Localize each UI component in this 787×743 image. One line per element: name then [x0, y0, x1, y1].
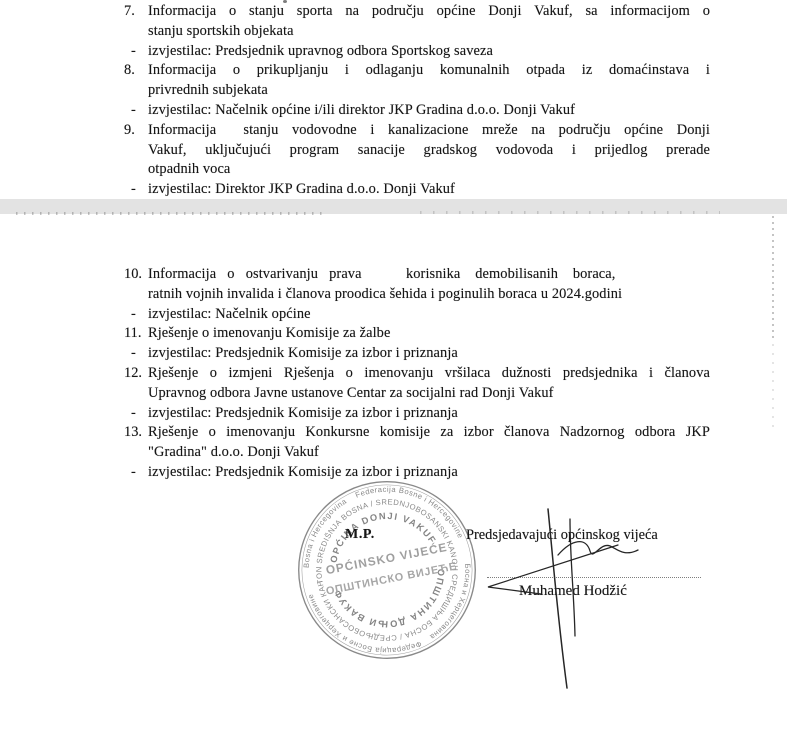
text-line: Upravnog odbora Javne ustanove Centar za…: [148, 384, 710, 404]
reporter-row: -izvjestilac: Predsjednik Komisije za iz…: [124, 404, 724, 424]
scanned-document-page: 7.Informacija o stanju sporta na područj…: [0, 0, 787, 743]
agenda-item-row: 12.Rješenje o izmjeni Rješenja o imenova…: [124, 364, 724, 404]
mp-seal-mark: M.P.: [345, 527, 375, 543]
text-line: stanju sportskih objekata: [148, 22, 710, 42]
item-marker: 7.: [124, 2, 148, 42]
item-marker: 8.: [124, 61, 148, 101]
item-text: izvjestilac: Predsjednik Komisije za izb…: [148, 344, 710, 364]
text-line: izvjestilac: Načelnik općine: [148, 305, 710, 325]
text-line: otpadnih voca: [148, 160, 710, 180]
text-line: izvjestilac: Predsjednik Komisije za izb…: [148, 404, 710, 424]
item-marker: -: [124, 404, 148, 424]
item-text: izvjestilac: Načelnik općine i/ili direk…: [148, 101, 710, 121]
text-line: Rješenje o imenovanju Komisije za žalbe: [148, 324, 710, 344]
item-marker: -: [124, 101, 148, 121]
item-text: izvjestilac: Predsjednik upravnog odbora…: [148, 42, 710, 62]
item-text: Rješenje o imenovanju Komisije za žalbe: [148, 324, 710, 344]
text-line: izvjestilac: Načelnik općine i/ili direk…: [148, 101, 710, 121]
item-marker: 10.: [124, 265, 148, 305]
item-marker: 11.: [124, 324, 148, 344]
reporter-row: -izvjestilac: Direktor JKP Gradina d.o.o…: [124, 180, 724, 200]
item-marker: -: [124, 463, 148, 483]
scan-edge-noise: [772, 216, 774, 338]
scan-noise-speckles: [420, 211, 720, 214]
scan-edge-noise: [772, 344, 774, 434]
signature-flourish: [488, 545, 618, 594]
text-line: Rješenje o imenovanju Konkursne komisije…: [148, 423, 710, 443]
item-marker: 12.: [124, 364, 148, 404]
item-text: Informacija stanju vodovodne i kanalizac…: [148, 121, 710, 180]
signature-stroke: [548, 509, 567, 688]
item-text: izvjestilac: Predsjednik Komisije za izb…: [148, 404, 710, 424]
agenda-item-row: 11.Rješenje o imenovanju Komisije za žal…: [124, 324, 724, 344]
text-line: izvjestilac: Predsjednik upravnog odbora…: [148, 42, 710, 62]
text-line: Rješenje o izmjeni Rješenja o imenovanju…: [148, 364, 710, 384]
item-text: Informacija o prikupljanju i odlaganju k…: [148, 61, 710, 101]
agenda-items-page1: 7.Informacija o stanju sporta na područj…: [124, 2, 724, 200]
item-marker: 9.: [124, 121, 148, 180]
item-text: izvjestilac: Direktor JKP Gradina d.o.o.…: [148, 180, 710, 200]
reporter-row: -izvjestilac: Načelnik općine i/ili dire…: [124, 101, 724, 121]
item-text: Informacija o ostvarivanju prava korisni…: [148, 265, 710, 305]
reporter-row: -izvjestilac: Predsjednik upravnog odbor…: [124, 42, 724, 62]
agenda-item-row: 8.Informacija o prikupljanju i odlaganju…: [124, 61, 724, 101]
text-line: izvjestilac: Predsjednik Komisije za izb…: [148, 344, 710, 364]
agenda-items-page2: 10.Informacija o ostvarivanju prava kori…: [124, 265, 724, 483]
reporter-row: -izvjestilac: Načelnik općine: [124, 305, 724, 325]
text-line: privrednih subjekata: [148, 81, 710, 101]
text-line: "Gradina" d.o.o. Donji Vakuf: [148, 443, 710, 463]
text-line: Informacija stanju vodovodne i kanalizac…: [148, 121, 710, 141]
item-text: izvjestilac: Načelnik općine: [148, 305, 710, 325]
text-line: ratnih vojnih invalida i članova proodic…: [148, 285, 710, 305]
item-marker: 13.: [124, 423, 148, 463]
agenda-item-row: 13.Rješenje o imenovanju Konkursne komis…: [124, 423, 724, 463]
signature-stroke: [570, 519, 575, 636]
item-text: Rješenje o imenovanju Konkursne komisije…: [148, 423, 710, 463]
item-text: Informacija o stanju sporta na području …: [148, 2, 710, 42]
reporter-row: -izvjestilac: Predsjednik Komisije za iz…: [124, 344, 724, 364]
handwritten-signature: [440, 493, 720, 703]
agenda-item-row: 7.Informacija o stanju sporta na područj…: [124, 2, 724, 42]
text-line: Informacija o ostvarivanju prava korisni…: [148, 265, 710, 285]
text-line: Vakuf, uključujući program sanacije grad…: [148, 141, 710, 161]
item-marker: -: [124, 344, 148, 364]
text-line: izvjestilac: Direktor JKP Gradina d.o.o.…: [148, 180, 710, 200]
item-marker: -: [124, 180, 148, 200]
text-line: Informacija o prikupljanju i odlaganju k…: [148, 61, 710, 81]
agenda-item-row: 9.Informacija stanju vodovodne i kanaliz…: [124, 121, 724, 180]
agenda-item-row: 10.Informacija o ostvarivanju prava kori…: [124, 265, 724, 305]
text-line: Informacija o stanju sporta na području …: [148, 2, 710, 22]
item-text: Rješenje o izmjeni Rješenja o imenovanju…: [148, 364, 710, 404]
scan-noise-speckles: [16, 212, 326, 215]
item-marker: -: [124, 42, 148, 62]
item-marker: -: [124, 305, 148, 325]
